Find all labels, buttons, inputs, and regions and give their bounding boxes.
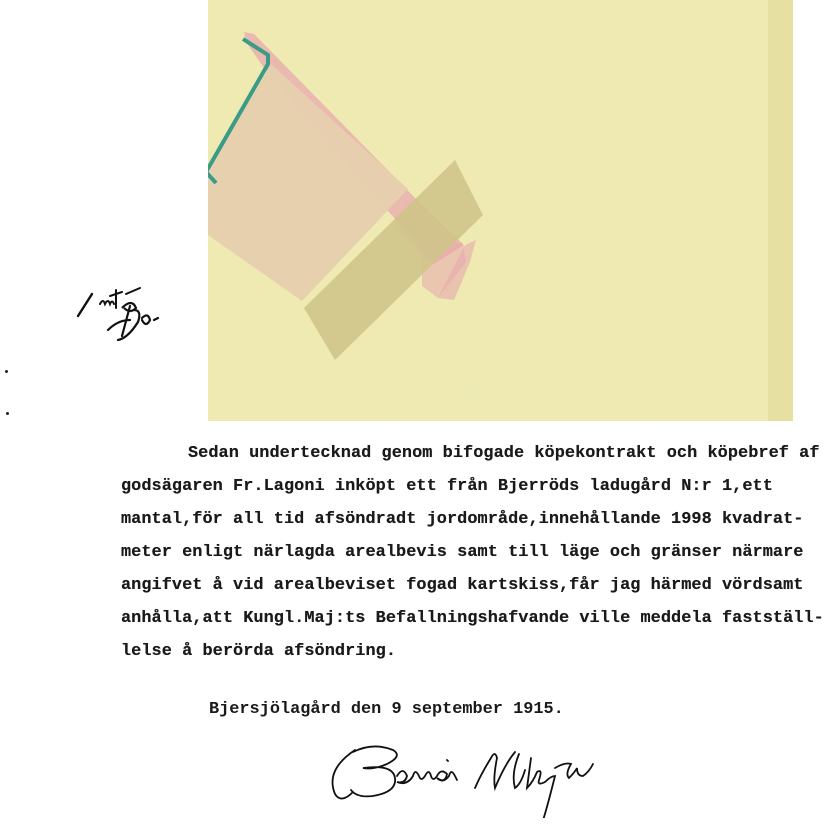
margin-dot: [6, 412, 9, 415]
signature: Benoni Nilsson: [325, 738, 655, 818]
letter-line: angifvet å vid arealbeviset fogad kartsk…: [121, 576, 803, 596]
margin-note-text: 1 mtl. Hag.: [70, 278, 77, 279]
letter-line: meter enligt närlagda arealbevis samt ti…: [121, 543, 803, 563]
map-sketch: [208, 0, 793, 421]
letter-line: anhålla,att Kungl.Maj:ts Befallningshafv…: [121, 609, 824, 629]
document-page: 1 mtl. Hag. Sedan undertecknad genom bif…: [0, 0, 838, 830]
letter-line: godsägaren Fr.Lagoni inköpt ett från Bje…: [121, 477, 773, 497]
letter-line: lelse å berörda afsöndring.: [121, 642, 396, 662]
margin-annotation: 1 mtl. Hag.: [70, 278, 200, 348]
letter-line: Sedan undertecknad genom bifogade köpeko…: [188, 444, 820, 464]
date-line: Bjersjölagård den 9 september 1915.: [209, 700, 564, 720]
signature-text: Benoni Nilsson: [325, 738, 334, 739]
margin-dot: [5, 370, 8, 373]
letter-line: mantal,för all tid afsöndradt jordområde…: [121, 510, 803, 530]
